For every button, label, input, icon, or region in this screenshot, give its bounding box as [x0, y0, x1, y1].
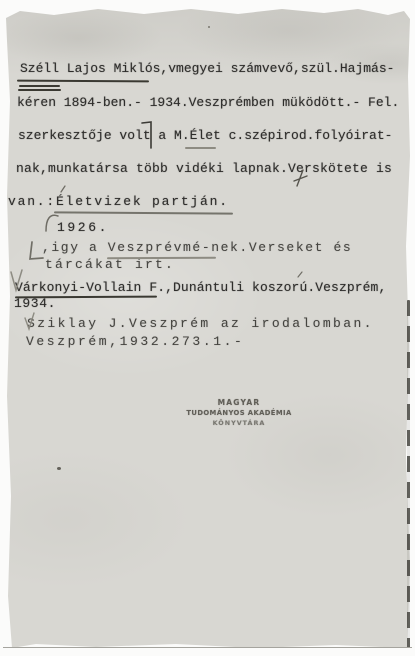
typed-line-5: van.:Életvizek partján. [8, 195, 229, 209]
typed-line-12: Veszprém,1932.273.1.- [26, 335, 244, 349]
typed-line-6: 1926. [57, 221, 109, 235]
double-underline-bottom [18, 89, 61, 91]
scan-edge-shadow [407, 300, 410, 648]
typed-line-1: Széll Lajos Miklós,vmegyei számvevő,szül… [20, 62, 394, 76]
stamp-line-2: TUDOMÁNYOS AKADÉMIA [186, 408, 292, 418]
typed-line-9: Várkonyi-Vollain F.,Dunántuli koszorú.Ve… [15, 281, 386, 295]
ink-speck [208, 26, 210, 28]
library-stamp: MAGYAR TUDOMÁNYOS AKADÉMIA KÖNYVTÁRA [186, 398, 292, 428]
typed-line-4: nak,munkatársa több vidéki lapnak.Verskö… [16, 162, 392, 176]
paper-bottom-edge [3, 647, 412, 648]
underline-elet [185, 147, 216, 149]
typed-line-11: Sziklay J.Veszprém az irodalomban. [27, 317, 374, 331]
stamp-line-1: MAGYAR [186, 398, 292, 408]
typed-line-7: ,igy a Veszprévmé-nek.Verseket és [42, 241, 352, 255]
typed-line-2: kéren 1894-ben.- 1934.Veszprémben müködö… [17, 96, 399, 110]
stamp-line-3: KÖNYVTÁRA [186, 418, 292, 428]
typed-line-8: tárcákat irt. [45, 258, 175, 272]
ink-speck [57, 467, 61, 470]
double-underline-top [19, 85, 60, 87]
typed-line-10: 1934. [14, 297, 56, 311]
typed-line-3: szerkesztője volt a M.Élet c.szépirod.fo… [18, 129, 392, 143]
